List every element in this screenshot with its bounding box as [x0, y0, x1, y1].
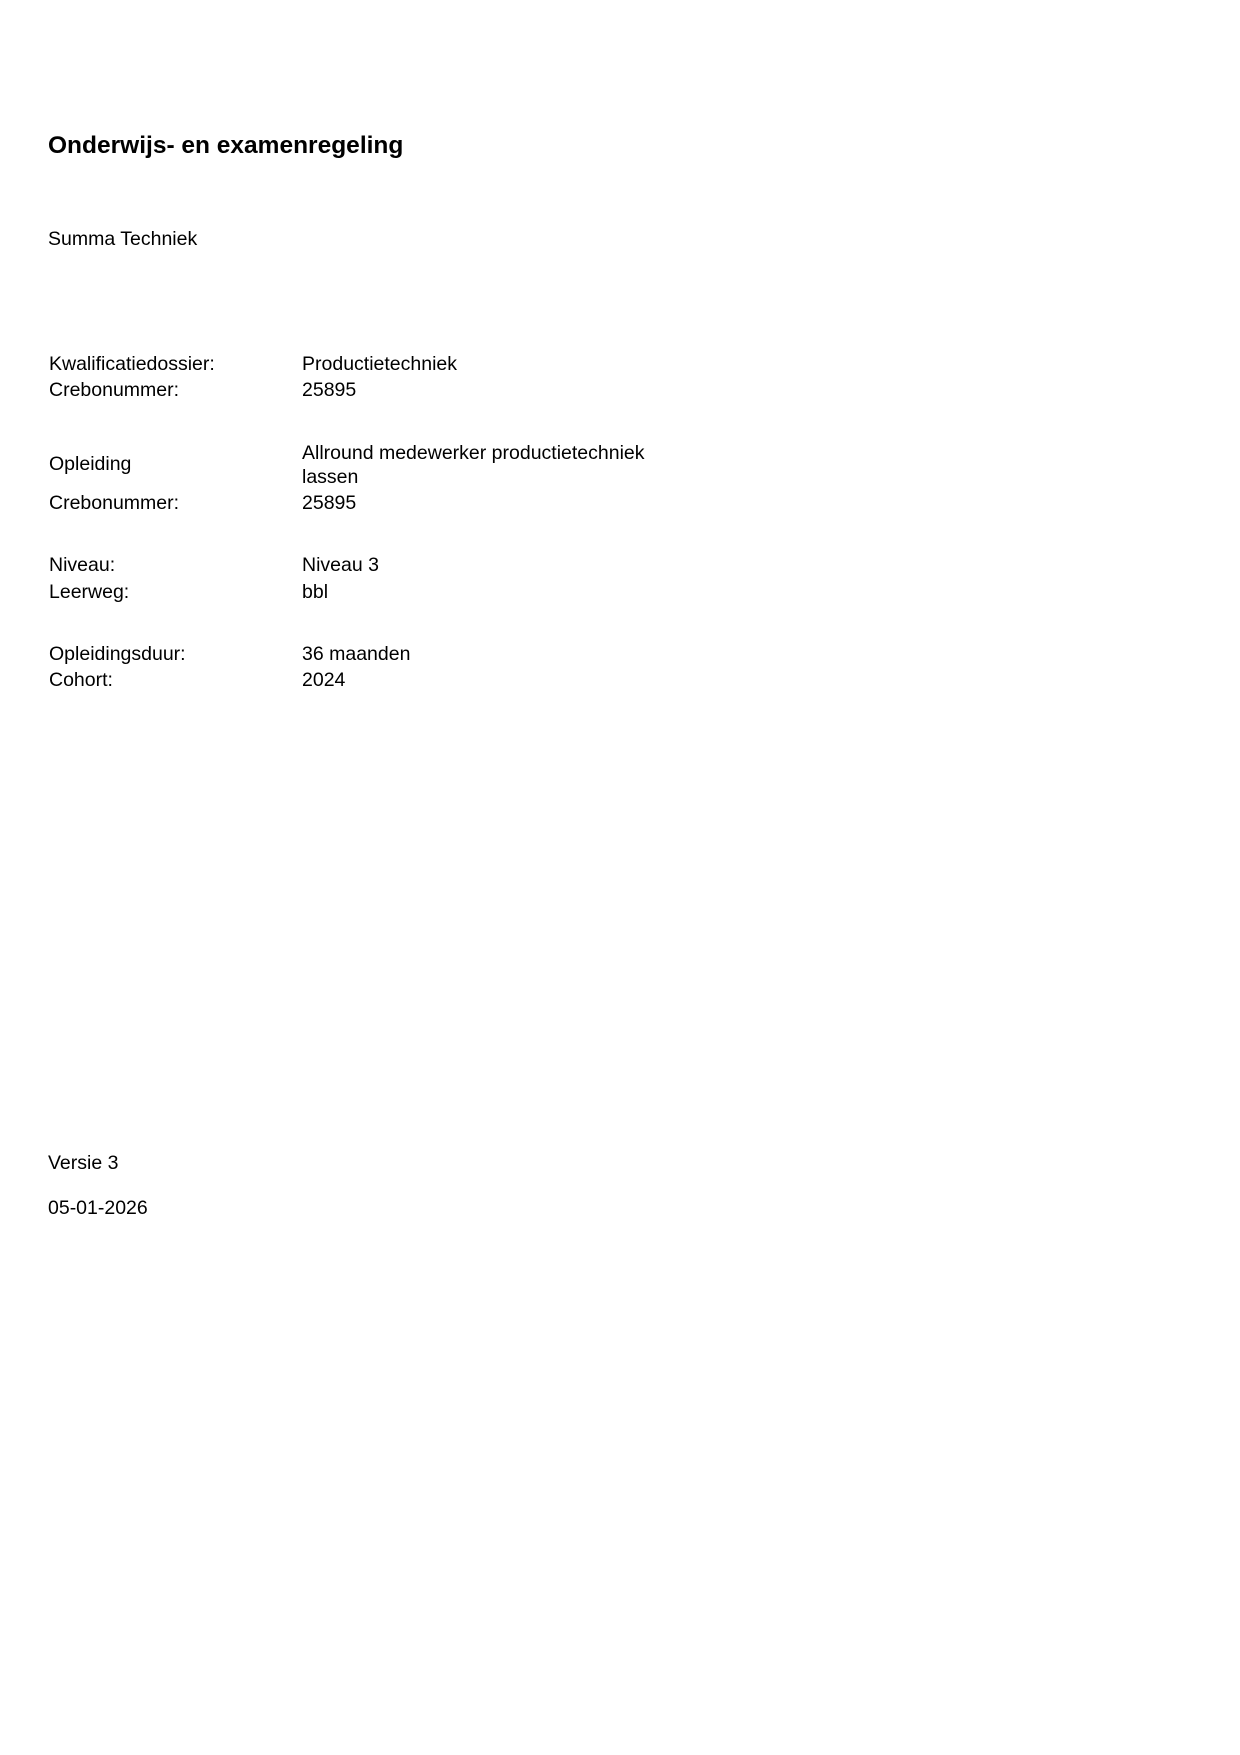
field-value: Niveau 3 [302, 553, 702, 577]
field-value: bbl [302, 580, 702, 604]
field-label: Kwalificatiedossier: [49, 352, 215, 376]
field-value: 25895 [302, 491, 702, 515]
field-value: 36 maanden [302, 642, 702, 666]
field-label: Opleidingsduur: [49, 642, 186, 666]
document-date: 05-01-2026 [48, 1196, 148, 1220]
field-label: Niveau: [49, 553, 115, 577]
field-label: Crebonummer: [49, 378, 179, 402]
field-label: Leerweg: [49, 580, 129, 604]
field-value: Allround medewerker productietechniek la… [302, 441, 662, 489]
field-label: Opleiding [49, 452, 131, 476]
field-value: Productietechniek [302, 352, 702, 376]
version-text: Versie 3 [48, 1151, 118, 1175]
field-value: 2024 [302, 668, 702, 692]
organization-name: Summa Techniek [48, 227, 197, 251]
field-label: Crebonummer: [49, 491, 179, 515]
field-value: 25895 [302, 378, 702, 402]
document-title: Onderwijs- en examenregeling [48, 131, 403, 161]
field-label: Cohort: [49, 668, 113, 692]
